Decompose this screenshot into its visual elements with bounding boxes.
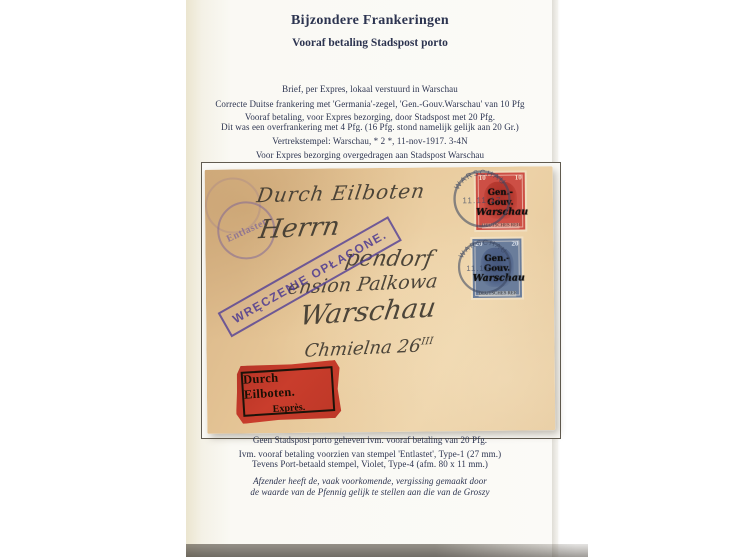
express-label-border: Durch Eilboten. Exprès. — [241, 366, 336, 417]
footer-italic-line: Afzender heeft de, vaak voorkomende, ver… — [0, 476, 740, 486]
handwriting-street-floor: III — [420, 336, 433, 348]
stamp-value-right: 10 — [515, 174, 522, 182]
postmark-town: WARSCHAU — [452, 168, 508, 192]
cover-mount-frame: Entlastet Durch Eilboten Herrn pendorf e… — [201, 162, 561, 439]
postmark-warschau-bottom: WARSCHAU 11.11.17 — [455, 238, 514, 297]
handwriting-street-text: Chmielna 26 — [303, 336, 422, 362]
svg-text:WARSCHAU: WARSCHAU — [452, 168, 508, 192]
footer-line: Ivm. vooraf betaling voorzien van stempe… — [0, 449, 740, 459]
description-line: Brief, per Expres, lokaal verstuurd in W… — [0, 84, 740, 94]
handwriting-herrn: Herrn — [257, 212, 342, 246]
photo-bottom-shadow — [186, 544, 588, 557]
postmark-town: WARSCHAU — [456, 238, 509, 260]
postmark-date: 11.11.17 — [462, 196, 501, 205]
footer-italic-line: de waarde van de Pfennig gelijk te stell… — [0, 487, 740, 497]
footer-line: Tevens Port-betaald stempel, Violet, Typ… — [0, 459, 740, 469]
handwriting-street: Chmielna 26III — [303, 335, 434, 362]
postmark-date: 11.11.17 — [466, 264, 503, 273]
description-line: Vooraf betaling, voor Expres bezorging, … — [0, 112, 740, 122]
description-line: Vertrekstempel: Warschau, * 2 *, 11-nov-… — [0, 136, 740, 146]
handwriting-eilboten: Durch Eilboten — [255, 179, 427, 208]
handwriting-city: Warschau — [298, 292, 438, 331]
svg-text:WARSCHAU: WARSCHAU — [456, 238, 509, 260]
description-line: Voor Expres bezorging overgedragen aan S… — [0, 150, 740, 160]
express-label-line1: Durch Eilboten. — [243, 367, 333, 402]
postmark-warschau-top: WARSCHAU 11.11.17 — [451, 168, 514, 231]
footer-line: Geen Stadspost porto geheven ivm. vooraf… — [0, 435, 740, 445]
photo-background: Bijzondere Frankeringen Vooraf betaling … — [0, 0, 740, 557]
express-label-line2: Exprès. — [272, 401, 305, 414]
page-title: Bijzondere Frankeringen — [0, 13, 740, 29]
page-subtitle: Vooraf betaling Stadspost porto — [0, 37, 740, 49]
envelope: Entlastet Durch Eilboten Herrn pendorf e… — [205, 166, 556, 434]
express-label: Durch Eilboten. Exprès. — [233, 360, 342, 425]
description-line: Dit was een overfrankering met 4 Pfg. (1… — [0, 122, 740, 132]
description-line: Correcte Duitse frankering met 'Germania… — [0, 99, 740, 109]
